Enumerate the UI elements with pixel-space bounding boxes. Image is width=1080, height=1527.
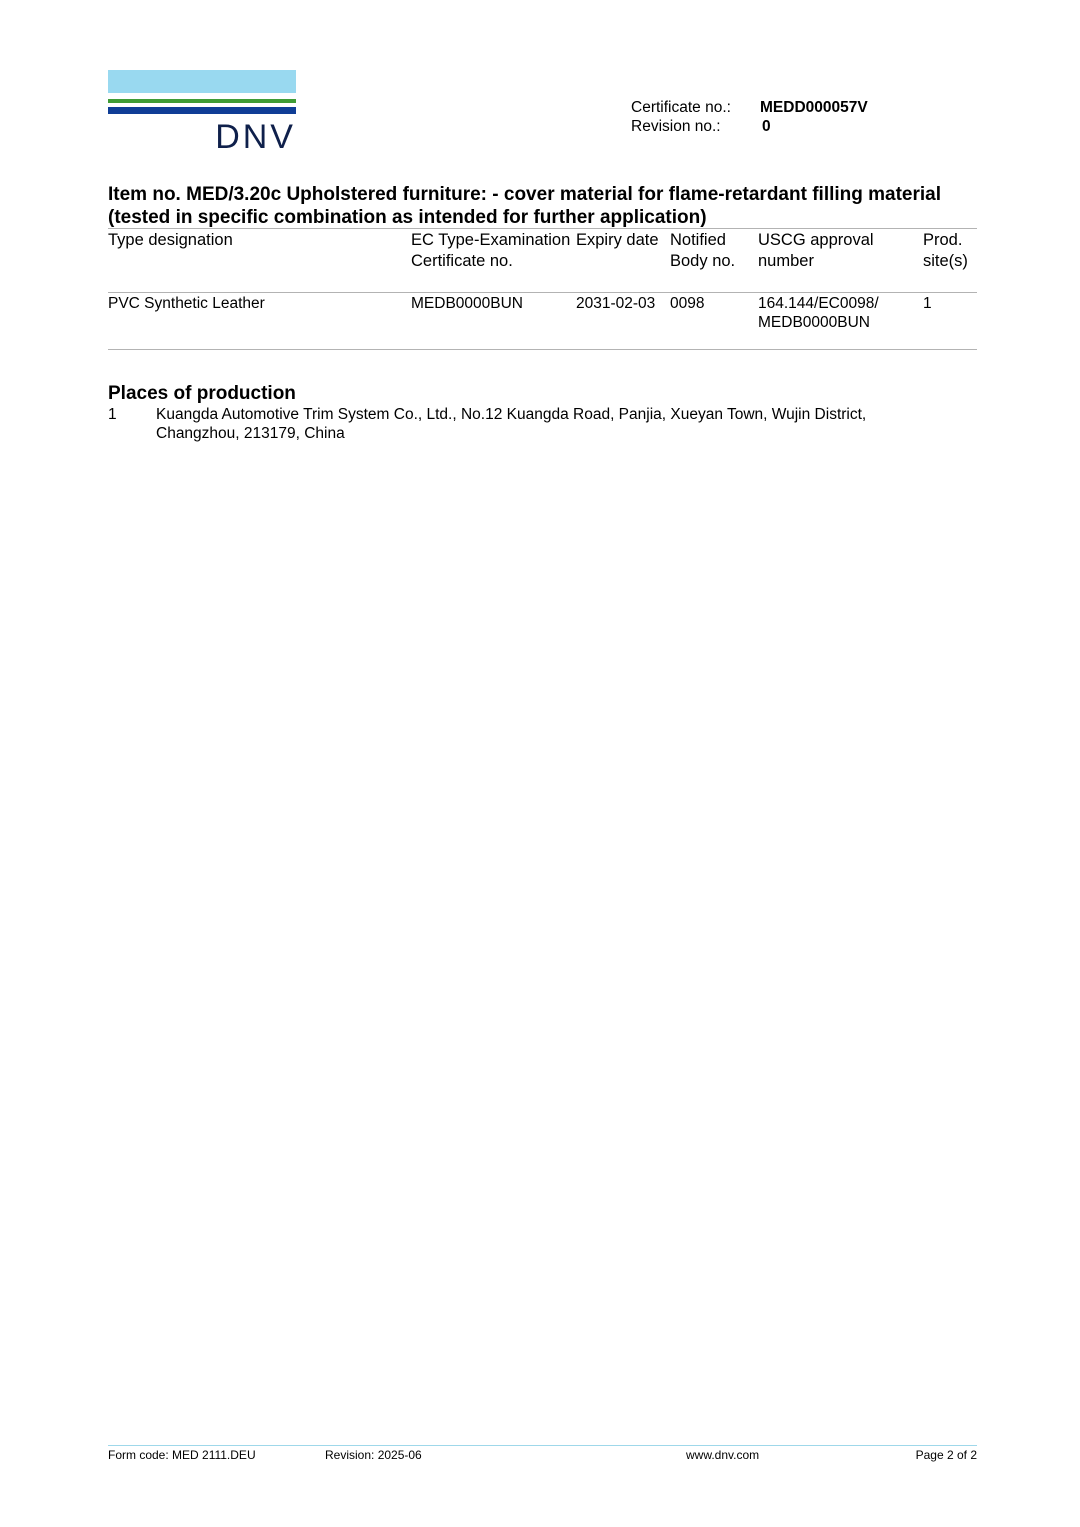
logo-light-blue-bar — [108, 70, 296, 93]
cell-expiry-date: 2031-02-03 — [576, 294, 670, 349]
column-header-uscg-approval: USCG approval number — [758, 230, 923, 292]
footer-website-link[interactable]: www.dnv.com — [686, 1448, 759, 1462]
place-address: Kuangda Automotive Trim System Co., Ltd.… — [156, 405, 926, 443]
table-header-row: Type designation EC Type-Examination Cer… — [108, 229, 977, 293]
revision-number-label: Revision no.: — [631, 117, 760, 136]
places-of-production-list: 1 Kuangda Automotive Trim System Co., Lt… — [108, 405, 928, 443]
footer-form-code: Form code: MED 2111.DEU — [108, 1448, 256, 1462]
footer-page-number: Page 2 of 2 — [916, 1448, 977, 1462]
column-header-ec-certificate: EC Type-Examination Certificate no. — [411, 230, 576, 292]
approval-table: Type designation EC Type-Examination Cer… — [108, 228, 977, 350]
logo-green-bar — [108, 99, 296, 103]
footer-divider — [108, 1445, 977, 1446]
cell-notified-body: 0098 — [670, 294, 758, 349]
revision-number-value: 0 — [760, 117, 771, 136]
place-number: 1 — [108, 405, 156, 443]
certificate-info: Certificate no.: MEDD000057V Revision no… — [631, 98, 868, 136]
dnv-logo: DNV — [108, 70, 296, 152]
list-item: 1 Kuangda Automotive Trim System Co., Lt… — [108, 405, 928, 443]
cell-uscg-approval: 164.144/EC0098/ MEDB0000BUN — [758, 294, 923, 349]
certificate-number-value: MEDD000057V — [760, 98, 868, 117]
cell-ec-certificate: MEDB0000BUN — [411, 294, 576, 349]
table-row: PVC Synthetic Leather MEDB0000BUN 2031-0… — [108, 293, 977, 350]
column-header-type-designation: Type designation — [108, 230, 411, 292]
certificate-number-label: Certificate no.: — [631, 98, 760, 117]
column-header-prod-sites: Prod. site(s) — [923, 230, 977, 292]
places-of-production-title: Places of production — [108, 383, 296, 405]
logo-dark-blue-bar — [108, 107, 296, 114]
logo-wordmark: DNV — [215, 120, 296, 154]
cell-type-designation: PVC Synthetic Leather — [108, 294, 411, 349]
cell-prod-sites: 1 — [923, 294, 977, 349]
footer-revision: Revision: 2025-06 — [325, 1448, 422, 1462]
item-title: Item no. MED/3.20c Upholstered furniture… — [108, 184, 978, 229]
column-header-notified-body: Notified Body no. — [670, 230, 758, 292]
column-header-expiry-date: Expiry date — [576, 230, 670, 292]
